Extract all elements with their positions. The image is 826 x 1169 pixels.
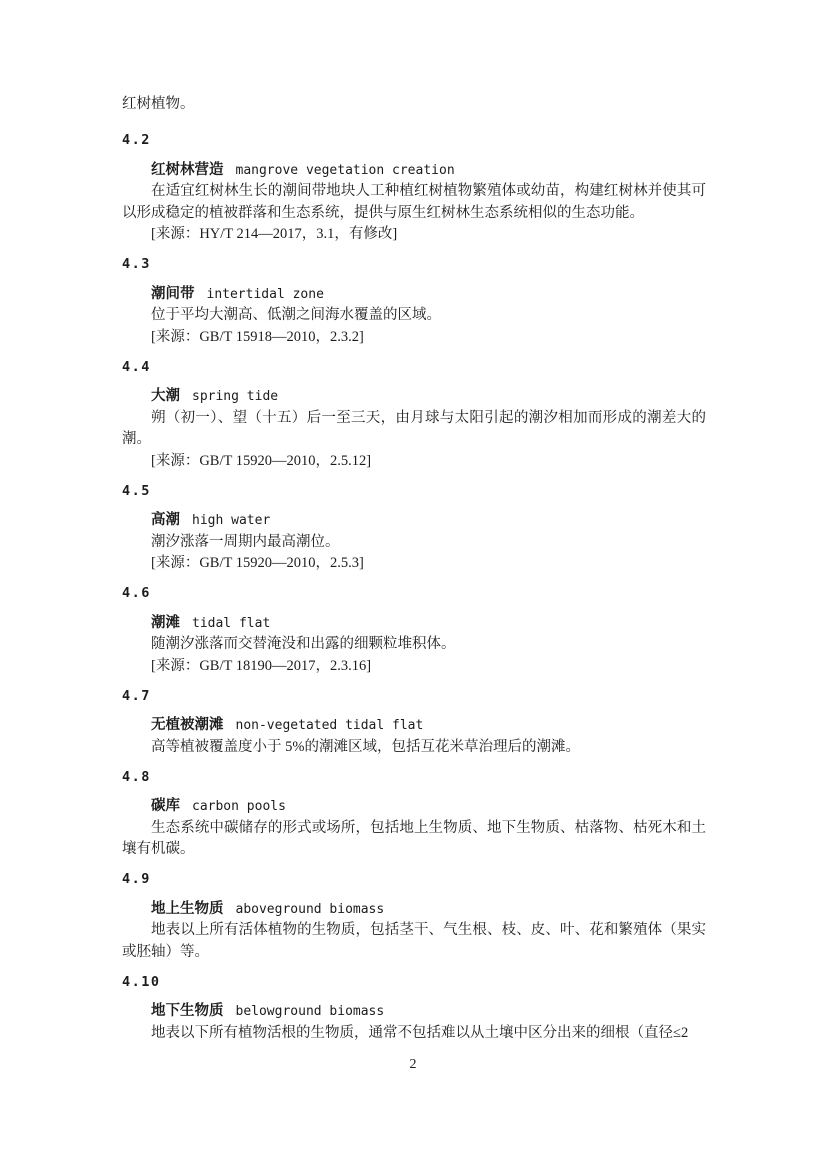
term-chinese: 潮滩 bbox=[151, 615, 180, 631]
continuation-paragraph: 红树植物。 bbox=[122, 94, 706, 116]
term-english: high water bbox=[192, 513, 270, 528]
clause-4-8: 4.8 碳库carbon pools 生态系统中碳储存的形式或场所，包括地上生物… bbox=[122, 767, 706, 861]
source-reference: [来源：GB/T 15918—2010，2.3.2] bbox=[122, 327, 706, 349]
term-line: 潮滩tidal flat bbox=[122, 613, 706, 635]
clause-4-9: 4.9 地上生物质aboveground biomass 地表以上所有活体植物的… bbox=[122, 869, 706, 963]
source-reference: [来源：HY/T 214—2017，3.1，有修改] bbox=[122, 224, 706, 246]
definition-text: 朔（初一）、望（十五）后一至三天，由月球与太阳引起的潮汐相加而形成的潮差大的潮。 bbox=[122, 408, 706, 451]
term-english: intertidal zone bbox=[207, 287, 324, 302]
term-line: 地下生物质belowground biomass bbox=[122, 1001, 706, 1023]
clause-number: 4.6 bbox=[122, 583, 706, 605]
clause-number: 4.10 bbox=[122, 972, 706, 994]
source-reference: [来源：GB/T 18190—2017，2.3.16] bbox=[122, 656, 706, 678]
term-chinese: 大潮 bbox=[151, 388, 180, 404]
definition-text: 潮汐涨落一周期内最高潮位。 bbox=[122, 532, 706, 554]
clause-number: 4.4 bbox=[122, 357, 706, 379]
definition-text: 位于平均大潮高、低潮之间海水覆盖的区域。 bbox=[122, 305, 706, 327]
term-chinese: 地上生物质 bbox=[151, 901, 224, 917]
clause-4-5: 4.5 高潮high water 潮汐涨落一周期内最高潮位。 [来源：GB/T … bbox=[122, 481, 706, 575]
term-line: 碳库carbon pools bbox=[122, 796, 706, 818]
term-chinese: 红树林营造 bbox=[151, 162, 224, 178]
clause-number: 4.7 bbox=[122, 686, 706, 708]
page-number: 2 bbox=[0, 1056, 826, 1074]
term-english: aboveground biomass bbox=[236, 902, 385, 917]
term-line: 无植被潮滩non-vegetated tidal flat bbox=[122, 715, 706, 737]
clause-4-10: 4.10 地下生物质belowground biomass 地表以下所有植物活根… bbox=[122, 972, 706, 1045]
clause-4-3: 4.3 潮间带intertidal zone 位于平均大潮高、低潮之间海水覆盖的… bbox=[122, 254, 706, 348]
clause-number: 4.5 bbox=[122, 481, 706, 503]
definition-text: 地表以下所有植物活根的生物质，通常不包括难以从土壤中区分出来的细根（直径≤2 bbox=[122, 1023, 706, 1045]
definition-text: 生态系统中碳储存的形式或场所，包括地上生物质、地下生物质、枯落物、枯死木和土壤有… bbox=[122, 818, 706, 861]
definition-text: 地表以上所有活体植物的生物质，包括茎干、气生根、枝、皮、叶、花和繁殖体（果实或胚… bbox=[122, 920, 706, 963]
term-english: belowground biomass bbox=[236, 1004, 385, 1019]
clause-4-7: 4.7 无植被潮滩non-vegetated tidal flat 高等植被覆盖… bbox=[122, 686, 706, 759]
source-reference: [来源：GB/T 15920—2010，2.5.12] bbox=[122, 451, 706, 473]
clause-4-2: 4.2 红树林营造mangrove vegetation creation 在适… bbox=[122, 130, 706, 246]
term-english: non-vegetated tidal flat bbox=[236, 718, 424, 733]
document-page: 红树植物。 4.2 红树林营造mangrove vegetation creat… bbox=[0, 0, 826, 1169]
clause-4-4: 4.4 大潮spring tide 朔（初一）、望（十五）后一至三天，由月球与太… bbox=[122, 357, 706, 473]
term-line: 潮间带intertidal zone bbox=[122, 284, 706, 306]
definition-text: 随潮汐涨落而交替淹没和出露的细颗粒堆积体。 bbox=[122, 634, 706, 656]
term-chinese: 无植被潮滩 bbox=[151, 717, 224, 733]
term-line: 红树林营造mangrove vegetation creation bbox=[122, 160, 706, 182]
term-english: tidal flat bbox=[192, 616, 270, 631]
definition-text: 在适宜红树林生长的潮间带地块人工种植红树植物繁殖体或幼苗，构建红树林并使其可以形… bbox=[122, 181, 706, 224]
definition-text: 高等植被覆盖度小于 5%的潮滩区域，包括互花米草治理后的潮滩。 bbox=[122, 737, 706, 759]
term-chinese: 碳库 bbox=[151, 798, 180, 814]
term-chinese: 高潮 bbox=[151, 512, 180, 528]
source-reference: [来源：GB/T 15920—2010，2.5.3] bbox=[122, 553, 706, 575]
clause-number: 4.8 bbox=[122, 767, 706, 789]
term-line: 大潮spring tide bbox=[122, 386, 706, 408]
term-line: 高潮high water bbox=[122, 510, 706, 532]
clause-4-6: 4.6 潮滩tidal flat 随潮汐涨落而交替淹没和出露的细颗粒堆积体。 [… bbox=[122, 583, 706, 677]
term-line: 地上生物质aboveground biomass bbox=[122, 899, 706, 921]
clause-number: 4.9 bbox=[122, 869, 706, 891]
term-english: carbon pools bbox=[192, 799, 286, 814]
page-content: 红树植物。 4.2 红树林营造mangrove vegetation creat… bbox=[122, 94, 706, 1044]
clause-number: 4.3 bbox=[122, 254, 706, 276]
term-english: spring tide bbox=[192, 389, 278, 404]
term-chinese: 潮间带 bbox=[151, 286, 195, 302]
term-english: mangrove vegetation creation bbox=[236, 163, 455, 178]
clause-number: 4.2 bbox=[122, 130, 706, 152]
term-chinese: 地下生物质 bbox=[151, 1003, 224, 1019]
